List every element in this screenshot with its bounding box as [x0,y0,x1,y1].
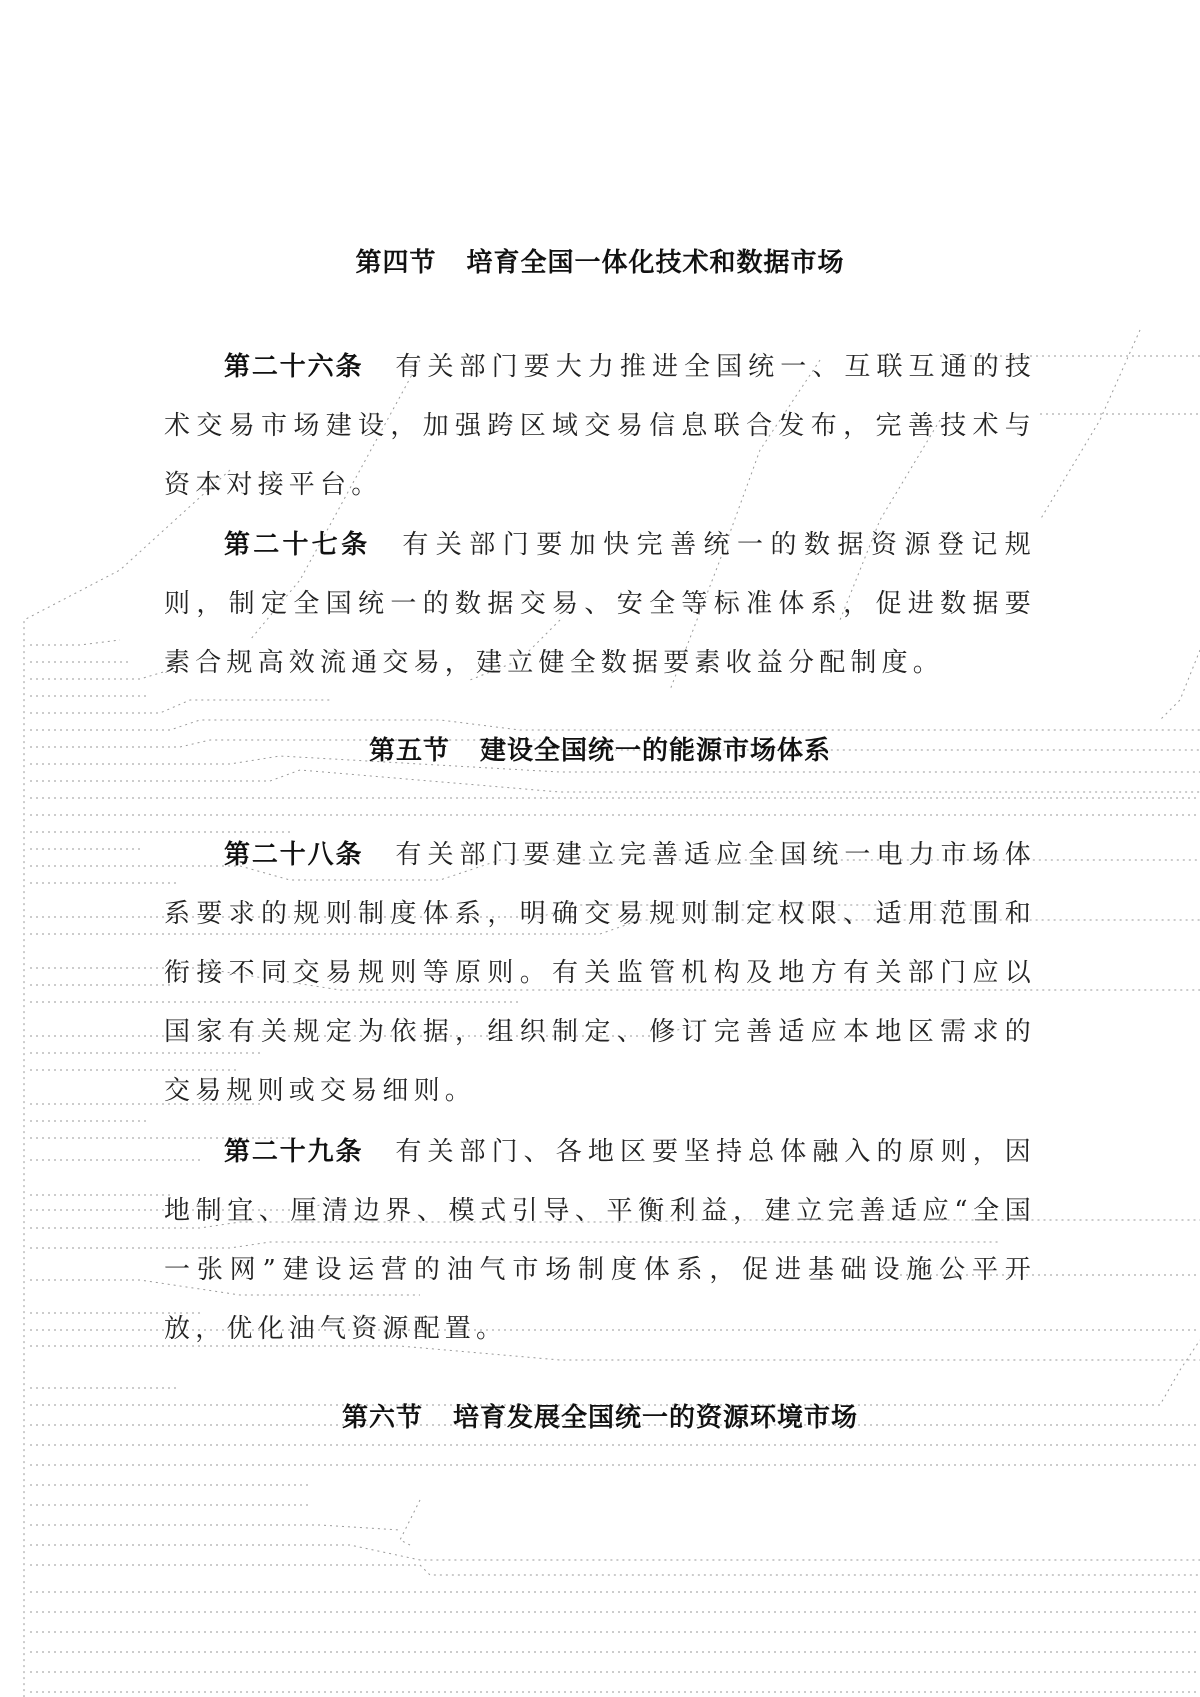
article-paragraph: 第二十八条有关部门要建立完善适应全国统一电力市场体系要求的规则制度体系，明确交易… [164,826,1036,1121]
section-number: 第五节 [369,736,450,766]
section-title: 第五节建设全国统一的能源市场体系 [0,730,1200,767]
article-paragraph: 第二十六条有关部门要大力推进全国统一、互联互通的技术交易市场建设，加强跨区域交易… [164,338,1036,515]
article-label: 第二十八条 [224,840,363,870]
section-number: 第六节 [342,1403,423,1433]
article-text: 有关部门要建立完善适应全国统一电力市场体系要求的规则制度体系，明确交易规则制定权… [164,840,1036,1106]
section-title: 第六节培育发展全国统一的资源环境市场 [0,1397,1200,1434]
document-page: 第四节培育全国一体化技术和数据市场 第二十六条有关部门要大力推进全国统一、互联互… [0,0,1200,1697]
article-label: 第二十七条 [224,530,370,560]
article-label: 第二十九条 [224,1137,363,1167]
article-label: 第二十六条 [224,352,363,382]
section-heading: 建设全国统一的能源市场体系 [480,736,831,766]
section-heading: 培育发展全国统一的资源环境市场 [453,1403,858,1433]
article-paragraph: 第二十七条有关部门要加快完善统一的数据资源登记规则，制定全国统一的数据交易、安全… [164,516,1036,693]
section-heading: 培育全国一体化技术和数据市场 [467,248,845,278]
section-title: 第四节培育全国一体化技术和数据市场 [0,242,1200,279]
section-number: 第四节 [355,248,436,278]
article-text: 有关部门、各地区要坚持总体融入的原则，因地制宜、厘清边界、模式引导、平衡利益，建… [164,1137,1036,1344]
article-paragraph: 第二十九条有关部门、各地区要坚持总体融入的原则，因地制宜、厘清边界、模式引导、平… [164,1123,1036,1359]
